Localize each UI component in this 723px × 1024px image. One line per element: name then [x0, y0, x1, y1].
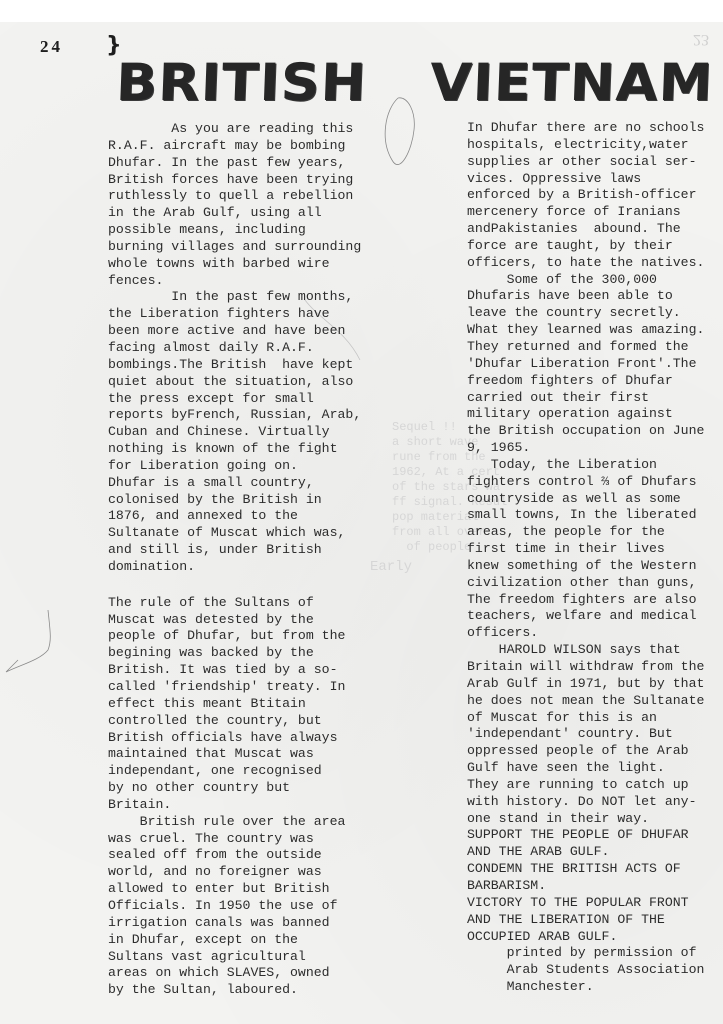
- text-line: small towns, In the liberated: [467, 507, 704, 524]
- text-line: CONDEMN THE BRITISH ACTS OF: [467, 861, 704, 878]
- text-line: Cuban and Chinese. Virtually: [108, 424, 361, 441]
- text-line: 'Dhufar Liberation Front'.The: [467, 356, 704, 373]
- headline-vietnam: VIETNAM: [429, 57, 714, 108]
- text-line: Sultanate of Muscat which was,: [108, 525, 361, 542]
- text-line: Manchester.: [467, 979, 704, 996]
- text-line: in the Arab Gulf, using all: [108, 205, 361, 222]
- text-line: Sultans vast agricultural: [108, 949, 361, 966]
- text-line: domination.: [108, 559, 361, 576]
- text-line: andPakistanies abound. The: [467, 221, 704, 238]
- text-line: independant, one recognised: [108, 763, 361, 780]
- text-line: burning villages and surrounding: [108, 239, 361, 256]
- text-line: The freedom fighters are also: [467, 592, 704, 609]
- text-line: first time in their lives: [467, 541, 704, 558]
- text-line: vices. Oppressive laws: [467, 171, 704, 188]
- text-line: Arab Students Association: [467, 962, 704, 979]
- text-line: British rule over the area: [108, 814, 361, 831]
- text-line: R.A.F. aircraft may be bombing: [108, 138, 361, 155]
- text-line: he does not mean the Sultanate: [467, 693, 704, 710]
- text-line: mercenery force of Iranians: [467, 204, 704, 221]
- text-line: people of Dhufar, but from the: [108, 628, 361, 645]
- text-line: colonised by the British in: [108, 492, 361, 509]
- text-line: effect this meant Btitain: [108, 696, 361, 713]
- text-line: by no other country but: [108, 780, 361, 797]
- text-line: begining was backed by the: [108, 645, 361, 662]
- text-line: quiet about the situation, also: [108, 374, 361, 391]
- text-line: teachers, welfare and medical: [467, 608, 704, 625]
- page-number: 24: [40, 37, 63, 57]
- text-line: AND THE ARAB GULF.: [467, 844, 704, 861]
- text-line: maintained that Muscat was: [108, 746, 361, 763]
- text-line: world, and no foreigner was: [108, 864, 361, 881]
- text-line: 1876, and annexed to the: [108, 508, 361, 525]
- text-line: the Liberation fighters have: [108, 306, 361, 323]
- text-line: allowed to enter but British: [108, 881, 361, 898]
- text-line: for Liberation going on.: [108, 458, 361, 475]
- text-line: the British occupation on June: [467, 423, 704, 440]
- text-line: British. It was tied by a so-: [108, 662, 361, 679]
- text-line: been more active and have been: [108, 323, 361, 340]
- text-line: What they learned was amazing.: [467, 322, 704, 339]
- text-line: HAROLD WILSON says that: [467, 642, 704, 659]
- text-line: in Dhufar, except on the: [108, 932, 361, 949]
- text-line: facing almost daily R.A.F.: [108, 340, 361, 357]
- text-line: the press except for small: [108, 391, 361, 408]
- text-line: reports byFrench, Russian, Arab,: [108, 407, 361, 424]
- text-line: Britain will withdraw from the: [467, 659, 704, 676]
- text-line: In Dhufar there are no schools: [467, 120, 704, 137]
- text-line: fighters control ⅔ of Dhufars: [467, 474, 704, 491]
- text-line: Officials. In 1950 the use of: [108, 898, 361, 915]
- text-line: sealed off from the outside: [108, 847, 361, 864]
- text-line: was cruel. The country was: [108, 831, 361, 848]
- bleed-through-word: Early: [370, 560, 412, 575]
- text-line: ruthlessly to quell a rebellion: [108, 188, 361, 205]
- text-line: military operation against: [467, 406, 704, 423]
- text-line: oppressed people of the Arab: [467, 743, 704, 760]
- text-line: Dhufar is a small country,: [108, 475, 361, 492]
- text-line: Gulf have seen the light.: [467, 760, 704, 777]
- text-line: In the past few months,: [108, 289, 361, 306]
- text-line: areas on which SLAVES, owned: [108, 965, 361, 982]
- text-line: carried out their first: [467, 390, 704, 407]
- text-line: leave the country secretly.: [467, 305, 704, 322]
- text-line: 'independant' country. But: [467, 726, 704, 743]
- text-line: civilization other than guns,: [467, 575, 704, 592]
- text-line: nothing is known of the fight: [108, 441, 361, 458]
- headline-british: BRITISH: [115, 57, 368, 108]
- text-line: They are running to catch up: [467, 777, 704, 794]
- text-line: VICTORY TO THE POPULAR FRONT: [467, 895, 704, 912]
- text-line: fences.: [108, 273, 361, 290]
- text-line: [108, 576, 361, 595]
- text-line: OCCUPIED ARAB GULF.: [467, 929, 704, 946]
- text-line: possible means, including: [108, 222, 361, 239]
- text-line: hospitals, electricity,water: [467, 137, 704, 154]
- text-line: freedom fighters of Dhufar: [467, 373, 704, 390]
- text-line: areas, the people for the: [467, 524, 704, 541]
- text-line: officers.: [467, 625, 704, 642]
- text-line: called 'friendship' treaty. In: [108, 679, 361, 696]
- text-line: one stand in their way.: [467, 811, 704, 828]
- text-line: They returned and formed the: [467, 339, 704, 356]
- text-line: The rule of the Sultans of: [108, 595, 361, 612]
- text-line: of Muscat for this is an: [467, 710, 704, 727]
- text-line: Today, the Liberation: [467, 457, 704, 474]
- text-line: controlled the country, but: [108, 713, 361, 730]
- text-line: with history. Do NOT let any-: [467, 794, 704, 811]
- bleed-through-page-number: 23: [693, 30, 709, 48]
- text-line: SUPPORT THE PEOPLE OF DHUFAR: [467, 827, 704, 844]
- text-line: knew something of the Western: [467, 558, 704, 575]
- text-line: 9, 1965.: [467, 440, 704, 457]
- text-line: Arab Gulf in 1971, but by that: [467, 676, 704, 693]
- text-line: irrigation canals was banned: [108, 915, 361, 932]
- article-column-left: As you are reading thisR.A.F. aircraft m…: [108, 121, 361, 999]
- text-line: enforced by a British-officer: [467, 187, 704, 204]
- text-line: force are taught, by their: [467, 238, 704, 255]
- text-line: As you are reading this: [108, 121, 361, 138]
- text-line: and still is, under British: [108, 542, 361, 559]
- text-line: whole towns with barbed wire: [108, 256, 361, 273]
- text-line: supplies ar other social ser-: [467, 154, 704, 171]
- text-line: bombings.The British have kept: [108, 357, 361, 374]
- text-line: Dhufar. In the past few years,: [108, 155, 361, 172]
- text-line: Muscat was detested by the: [108, 612, 361, 629]
- text-line: BARBARISM.: [467, 878, 704, 895]
- text-line: British officials have always: [108, 730, 361, 747]
- text-line: officers, to hate the natives.: [467, 255, 704, 272]
- text-line: countryside as well as some: [467, 491, 704, 508]
- article-column-right: In Dhufar there are no schoolshospitals,…: [467, 120, 704, 996]
- text-line: by the Sultan, laboured.: [108, 982, 361, 999]
- scan-top-margin: [0, 0, 723, 22]
- text-line: British forces have been trying: [108, 172, 361, 189]
- text-line: Some of the 300,000: [467, 272, 704, 289]
- text-line: printed by permission of: [467, 945, 704, 962]
- text-line: AND THE LIBERATION OF THE: [467, 912, 704, 929]
- text-line: Britain.: [108, 797, 361, 814]
- text-line: Dhufaris have been able to: [467, 288, 704, 305]
